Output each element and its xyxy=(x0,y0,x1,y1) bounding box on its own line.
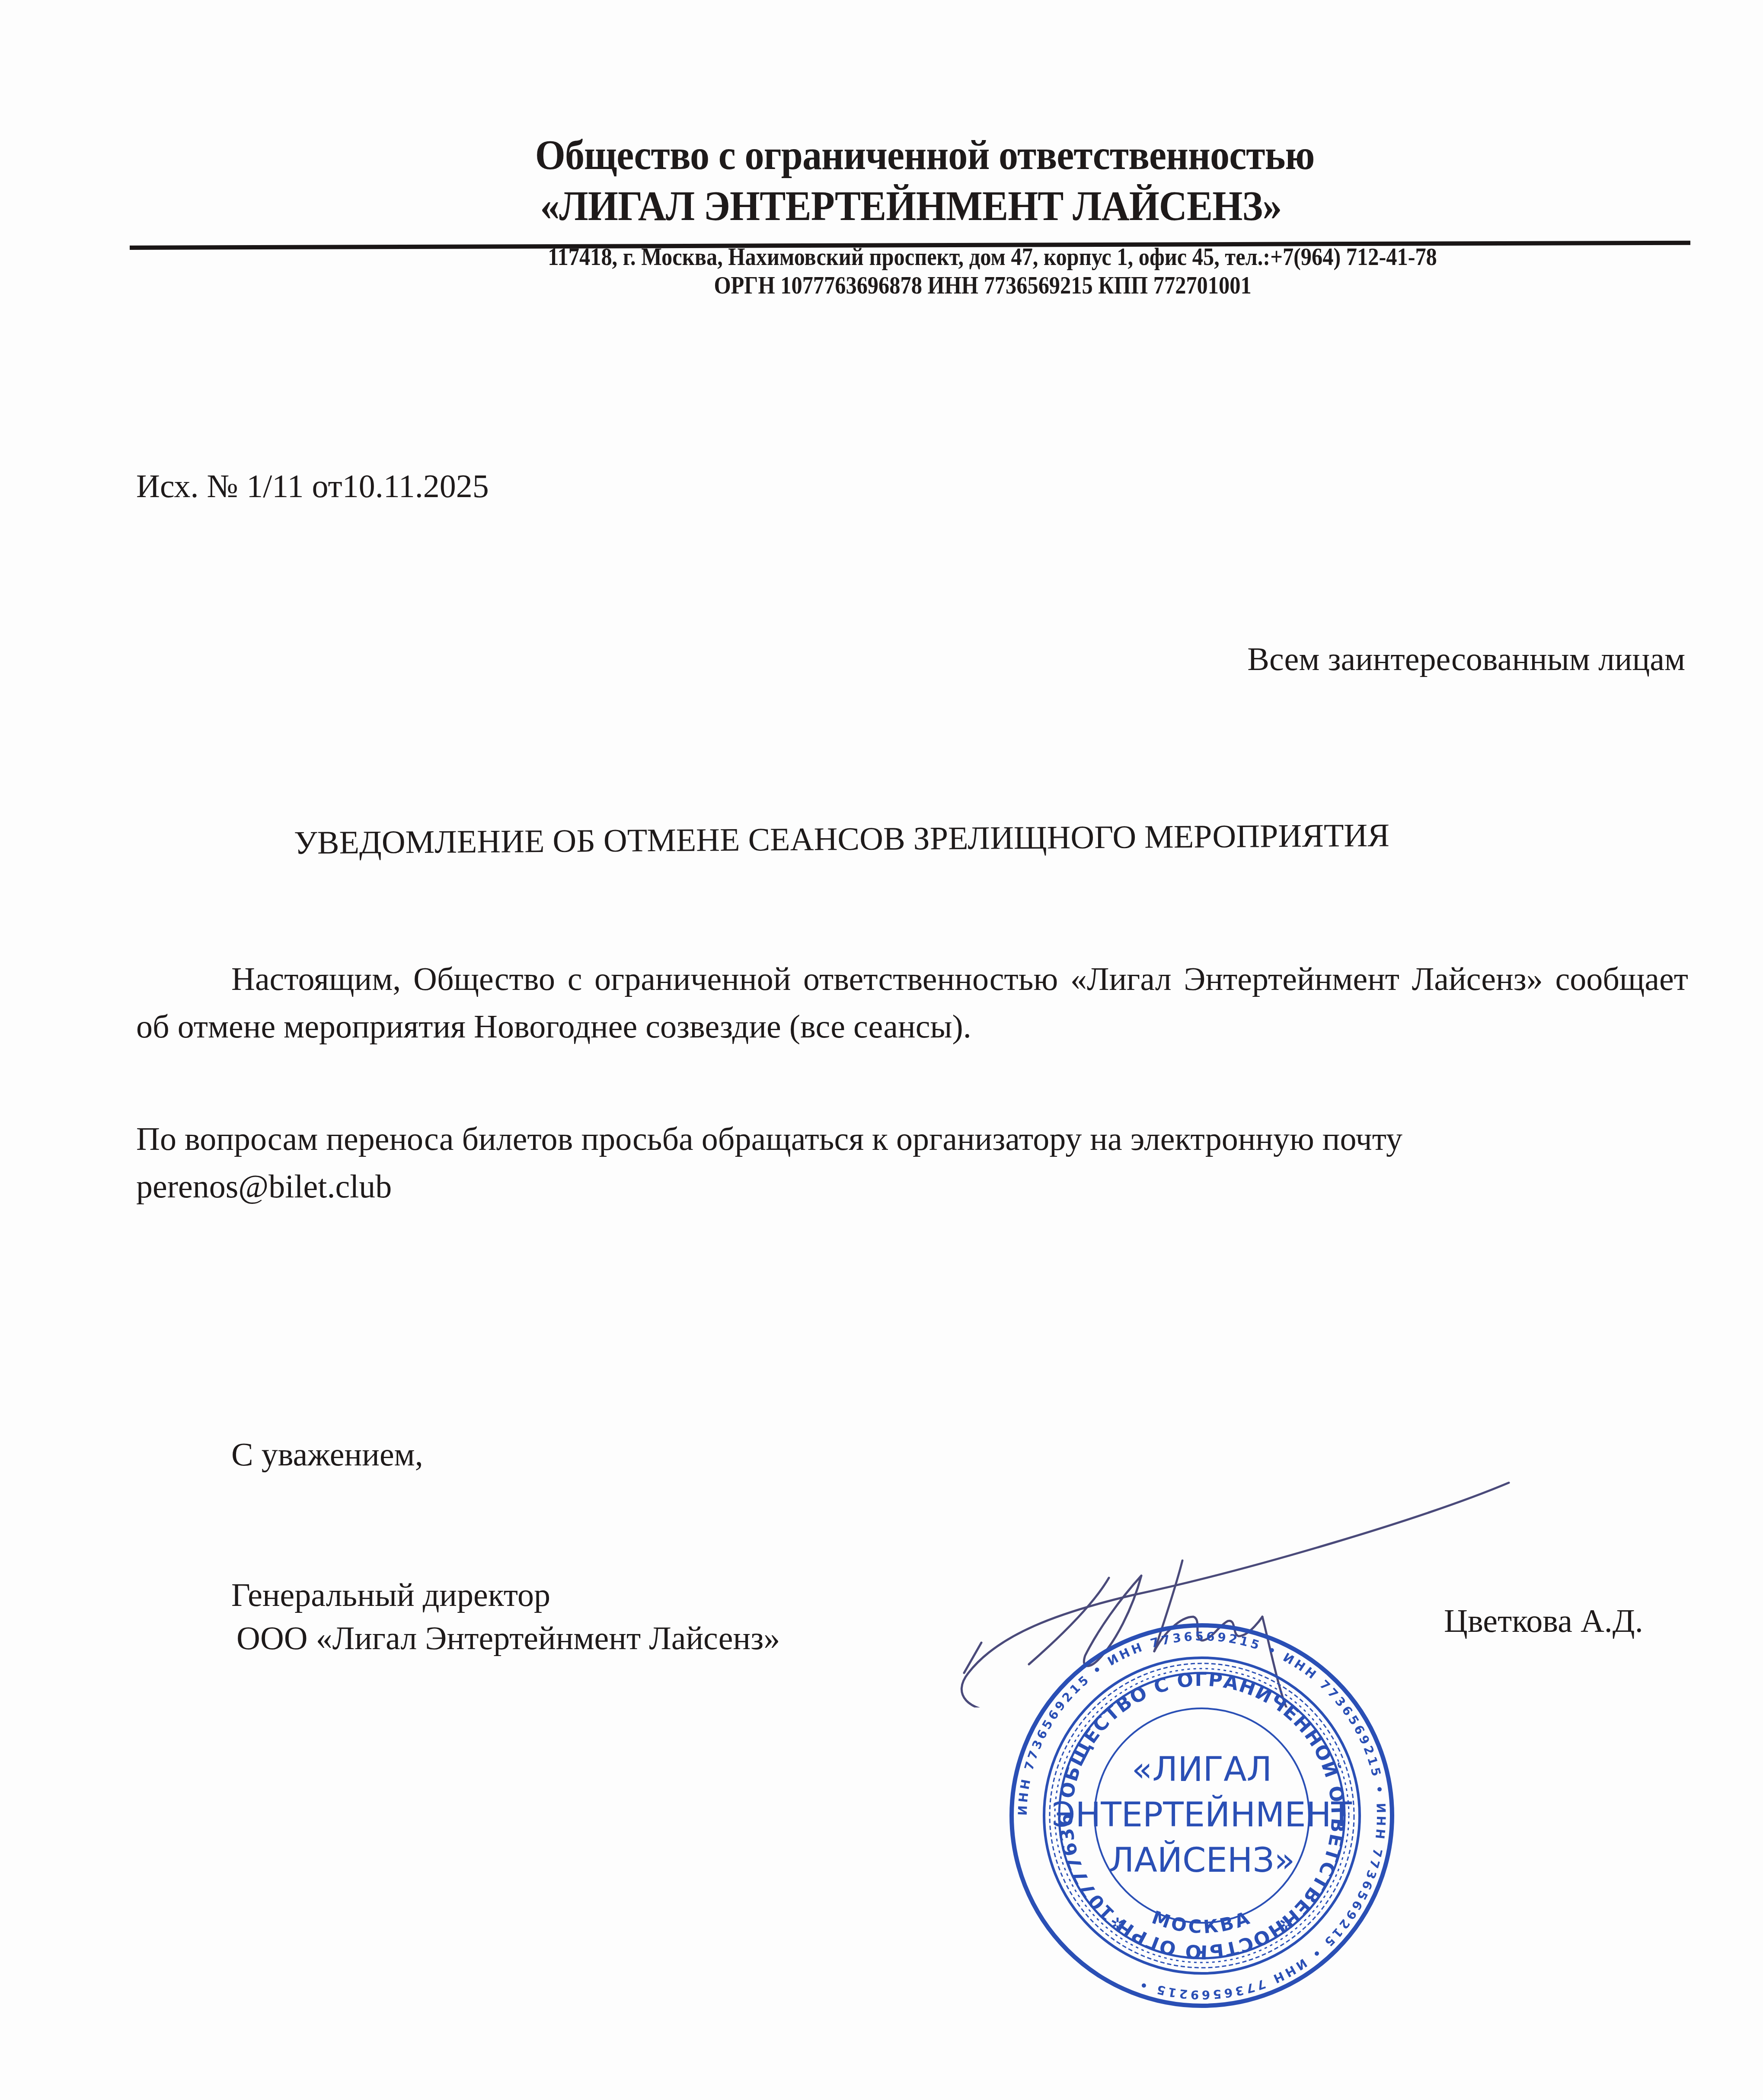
letter-page: Общество с ограниченной ответственностью… xyxy=(0,0,1763,2100)
letterhead-title: Общество с ограниченной ответственностью… xyxy=(74,130,1696,232)
company-name: «ЛИГАЛ ЭНТЕРТЕЙНМЕНТ ЛАЙСЕНЗ» xyxy=(74,181,1696,232)
seal-city-text: МОСКВА xyxy=(1149,1906,1255,1937)
seal-center-line3: ЛАЙСЕНЗ» xyxy=(1109,1840,1295,1880)
seal-center-line1: «ЛИГАЛ xyxy=(1132,1750,1272,1789)
company-seal-icon: ИНН 7736569215 • ИНН 7736569215 • ИНН 77… xyxy=(1007,1621,1396,2010)
body-paragraph-cancellation: Настоящим, Общество с ограниченной ответ… xyxy=(136,955,1688,1050)
seal-star-icon-right: ✲ xyxy=(1279,1915,1294,1934)
seal-star-icon-left: ✲ xyxy=(1110,1915,1125,1934)
company-requisites: 117418, г. Москва, Нахимовский проспект,… xyxy=(0,243,1763,300)
addressee: Всем заинтересованным лицам xyxy=(1247,640,1685,679)
company-legal-form: Общество с ограниченной ответственностью xyxy=(74,130,1696,181)
company-address: 117418, г. Москва, Нахимовский проспект,… xyxy=(88,243,1675,271)
contact-instructions: По вопросам переноса билетов просьба обр… xyxy=(136,1121,1402,1157)
signatory-organization: ООО «Лигал Энтертейнмент Лайсенз» xyxy=(231,1617,780,1660)
company-registration: ОРГН 1077763696878 ИНН 7736569215 КПП 77… xyxy=(88,271,1675,300)
signatory-position: Генеральный директор xyxy=(231,1573,780,1617)
outgoing-reference: Исх. № 1/11 от10.11.2025 xyxy=(136,467,489,506)
seal-center-line2: ЭНТЕРТЕЙНМЕНТ xyxy=(1052,1795,1352,1835)
contact-email-link[interactable]: perenos@bilet.club xyxy=(136,1168,392,1205)
notice-title: УВЕДОМЛЕНИЕ ОБ ОТМЕНЕ СЕАНСОВ ЗРЕЛИЩНОГО… xyxy=(294,816,1390,862)
signatory-block: Генеральный директор ООО «Лигал Энтертей… xyxy=(231,1573,780,1660)
closing-salutation: С уважением, xyxy=(231,1435,423,1474)
body-paragraph-contact: По вопросам переноса билетов просьба обр… xyxy=(136,1115,1688,1210)
